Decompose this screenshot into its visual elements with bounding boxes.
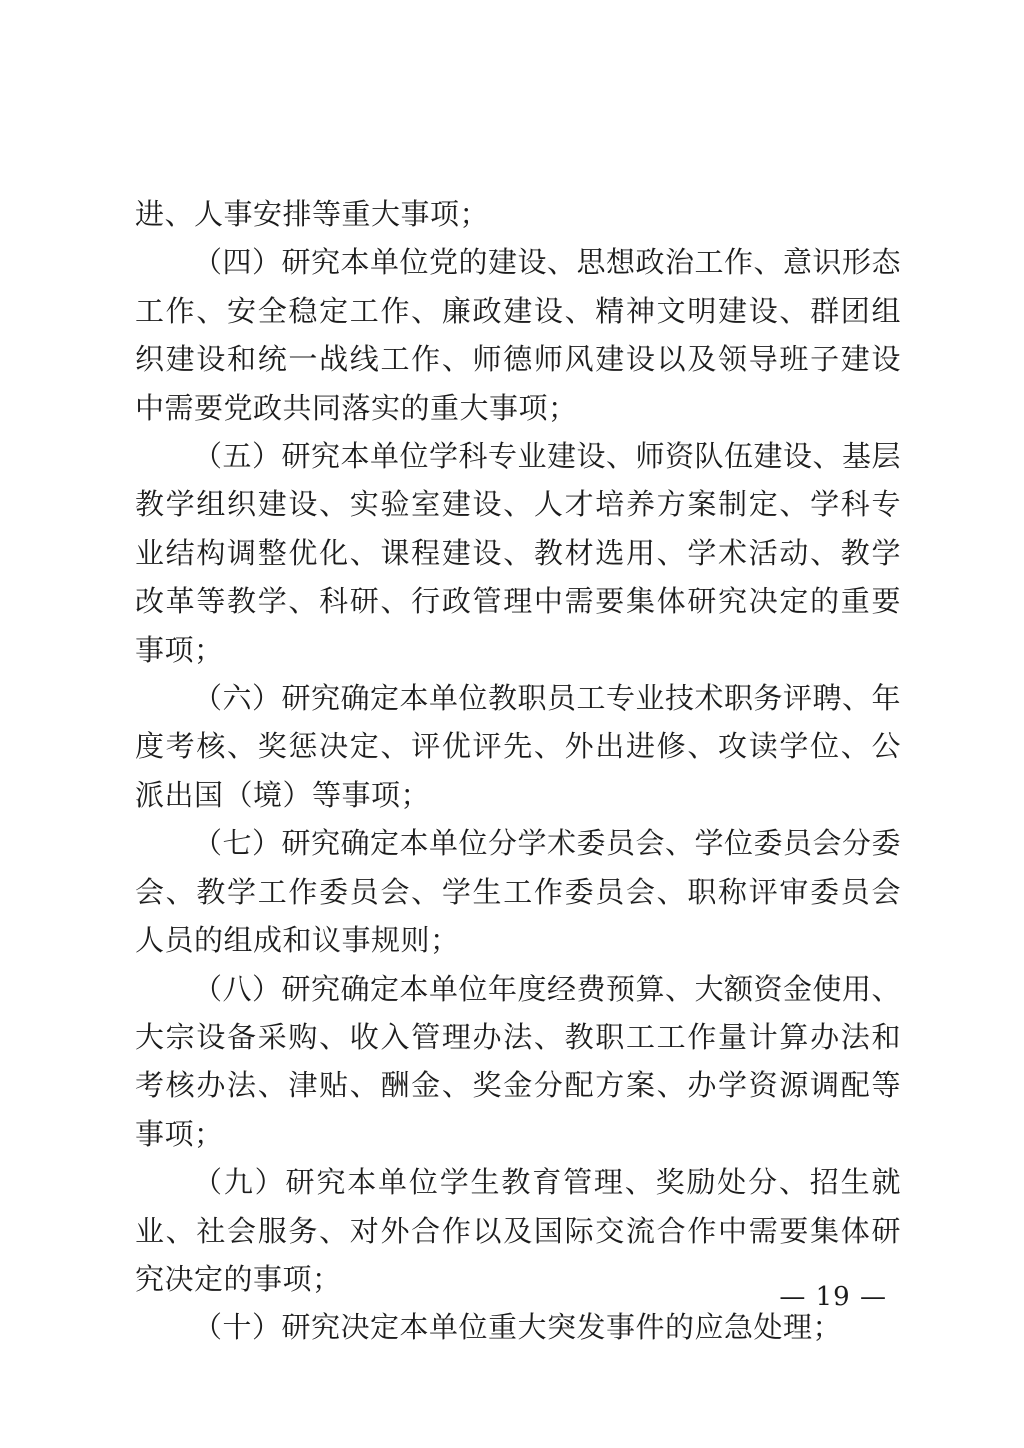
document-body: 进、人事安排等重大事项； （四）研究本单位党的建设、思想政治工作、意识形态工作、… bbox=[135, 190, 901, 1352]
page-number: — 19 — bbox=[779, 1282, 887, 1312]
paragraph-item-4: （四）研究本单位党的建设、思想政治工作、意识形态工作、安全稳定工作、廉政建设、精… bbox=[135, 238, 901, 432]
paragraph-item-5: （五）研究本单位学科专业建设、师资队伍建设、基层教学组织建设、实验室建设、人才培… bbox=[135, 432, 901, 674]
paragraph-item-8: （八）研究确定本单位年度经费预算、大额资金使用、大宗设备采购、收入管理办法、教职… bbox=[135, 965, 901, 1159]
paragraph-continuation: 进、人事安排等重大事项； bbox=[135, 190, 901, 238]
paragraph-item-7: （七）研究确定本单位分学术委员会、学位委员会分委会、教学工作委员会、学生工作委员… bbox=[135, 819, 901, 964]
paragraph-item-6: （六）研究确定本单位教职员工专业技术职务评聘、年度考核、奖惩决定、评优评先、外出… bbox=[135, 674, 901, 819]
document-page: 进、人事安排等重大事项； （四）研究本单位党的建设、思想政治工作、意识形态工作、… bbox=[0, 0, 1024, 1448]
